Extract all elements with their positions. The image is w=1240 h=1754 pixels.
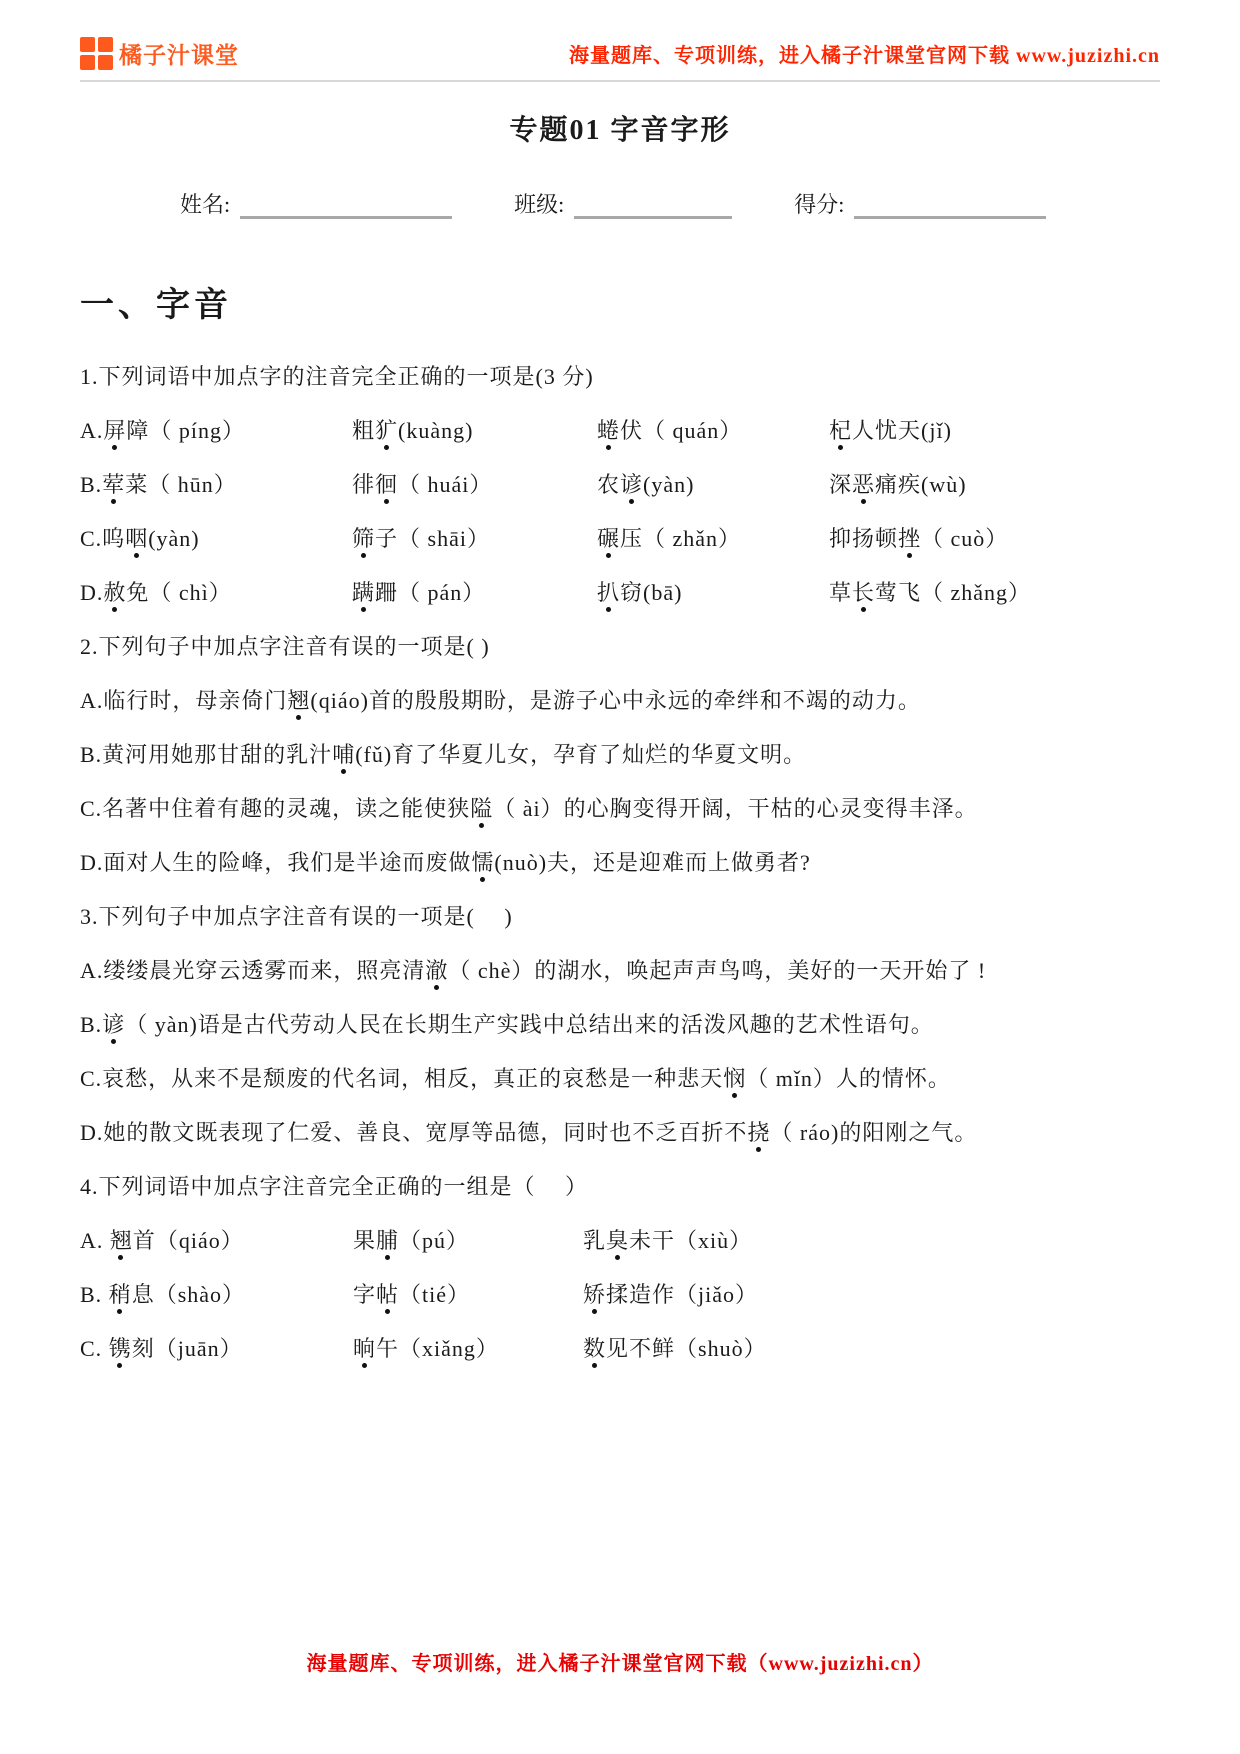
score-label: 得分: [794,188,844,219]
worksheet-page: 橘子汁课堂 海量题库、专项训练，进入橘子汁课堂官网下载 www.juzizhi.… [0,0,1240,1754]
q4-option-c-row: C. 镌刻（juān） 晌午（xiǎng） 数见不鲜（shuò） [80,1322,1160,1376]
word-item: C.呜咽(yàn) [80,512,352,566]
word-item: 徘徊（ huái） [352,458,597,512]
q2-option-b: B.黄河用她那甘甜的乳汁哺(fǔ)育了华夏儿女，孕育了灿烂的华夏文明。 [80,728,1160,782]
word-item: 抑扬顿挫（ cuò） [829,512,1160,566]
question-body: 1.下列词语中加点字的注音完全正确的一项是(3 分) A.屏障（ píng） 粗… [80,350,1160,1376]
word-item: A. 翘首（qiáo） [80,1214,353,1268]
word-item: 蹒跚（ pán） [352,566,597,620]
word-item: D.赦免（ chì） [80,566,352,620]
q3-option-c: C.哀愁，从来不是颓废的代名词，相反，真正的哀愁是一种悲天悯（ mǐn）人的情怀… [80,1052,1160,1106]
word-item: 碾压（ zhǎn） [597,512,829,566]
q2-stem: 2.下列句子中加点字注音有误的一项是( ) [80,620,1160,674]
q3-stem: 3.下列句子中加点字注音有误的一项是( ) [80,890,1160,944]
name-blank[interactable] [240,195,452,219]
word-item: 扒窃(bā) [597,566,829,620]
doc-title: 专题01 字音字形 [80,108,1160,148]
q1-option-d-row: D.赦免（ chì） 蹒跚（ pán） 扒窃(bā) 草长莺飞（ zhǎng） [80,566,1160,620]
q2-option-a: A.临行时，母亲倚门翘(qiáo)首的殷殷期盼，是游子心中永远的牵绊和不竭的动力… [80,674,1160,728]
word-item: 蜷伏（ quán） [597,404,829,458]
section-heading: 一、字音 [80,277,1160,326]
word-item: 粗犷(kuàng) [352,404,597,458]
q1-option-c-row: C.呜咽(yàn) 筛子（ shāi） 碾压（ zhǎn） 抑扬顿挫（ cuò） [80,512,1160,566]
word-item: 草长莺飞（ zhǎng） [829,566,1160,620]
class-field: 班级: [514,188,732,219]
score-field: 得分: [794,188,1046,219]
word-item: 农谚(yàn) [597,458,829,512]
header-divider [80,80,1160,82]
word-item: B. 稍息（shào） [80,1268,353,1322]
word-item: 果脯（pú） [353,1214,583,1268]
brand-logo-text: 橘子汁课堂 [119,37,239,70]
q2-option-d: D.面对人生的险峰，我们是半途而废做懦(nuò)夫，还是迎难而上做勇者? [80,836,1160,890]
q3-option-b: B.谚（ yàn)语是古代劳动人民在长期生产实践中总结出来的活泼风趣的艺术性语句… [80,998,1160,1052]
q2-option-c: C.名著中住着有趣的灵魂，读之能使狭隘（ ài）的心胸变得开阔，干枯的心灵变得丰… [80,782,1160,836]
q1-stem: 1.下列词语中加点字的注音完全正确的一项是(3 分) [80,350,1160,404]
footer-promo-link[interactable]: 海量题库、专项训练，进入橘子汁课堂官网下载（www.juzizhi.cn） [0,1647,1240,1676]
brand-grid-icon [80,37,113,70]
word-item: 数见不鲜（shuò） [583,1322,1160,1376]
word-item: 乳臭未干（xiù） [583,1214,1160,1268]
class-label: 班级: [514,188,564,219]
class-blank[interactable] [574,195,732,219]
brand-logo: 橘子汁课堂 [80,37,239,70]
q3-option-a: A.缕缕晨光穿云透雾而来，照亮清澈（ chè）的湖水，唤起声声鸟鸣，美好的一天开… [80,944,1160,998]
word-item: 晌午（xiǎng） [353,1322,583,1376]
word-item: 深恶痛疾(wù) [829,458,1160,512]
name-label: 姓名: [180,188,230,219]
q4-option-a-row: A. 翘首（qiáo） 果脯（pú） 乳臭未干（xiù） [80,1214,1160,1268]
word-item: C. 镌刻（juān） [80,1322,353,1376]
name-field: 姓名: [180,188,452,219]
q3-option-d: D.她的散文既表现了仁爱、善良、宽厚等品德，同时也不乏百折不挠（ ráo)的阳刚… [80,1106,1160,1160]
score-blank[interactable] [854,195,1046,219]
q1-option-a-row: A.屏障（ píng） 粗犷(kuàng) 蜷伏（ quán） 杞人忧天(jǐ) [80,404,1160,458]
word-item: B.荤菜（ hūn） [80,458,352,512]
word-item: 杞人忧天(jǐ) [829,404,1160,458]
q1-option-b-row: B.荤菜（ hūn） 徘徊（ huái） 农谚(yàn) 深恶痛疾(wù) [80,458,1160,512]
q4-option-b-row: B. 稍息（shào） 字帖（tié） 矫揉造作（jiǎo） [80,1268,1160,1322]
header-promo-link[interactable]: 海量题库、专项训练，进入橘子汁课堂官网下载 www.juzizhi.cn [569,39,1160,68]
word-item: A.屏障（ píng） [80,404,352,458]
page-header: 橘子汁课堂 海量题库、专项训练，进入橘子汁课堂官网下载 www.juzizhi.… [80,0,1160,72]
info-row: 姓名: 班级: 得分: [80,188,1160,219]
word-item: 筛子（ shāi） [352,512,597,566]
word-item: 字帖（tié） [353,1268,583,1322]
word-item: 矫揉造作（jiǎo） [583,1268,1160,1322]
q4-stem: 4.下列词语中加点字注音完全正确的一组是（ ） [80,1160,1160,1214]
